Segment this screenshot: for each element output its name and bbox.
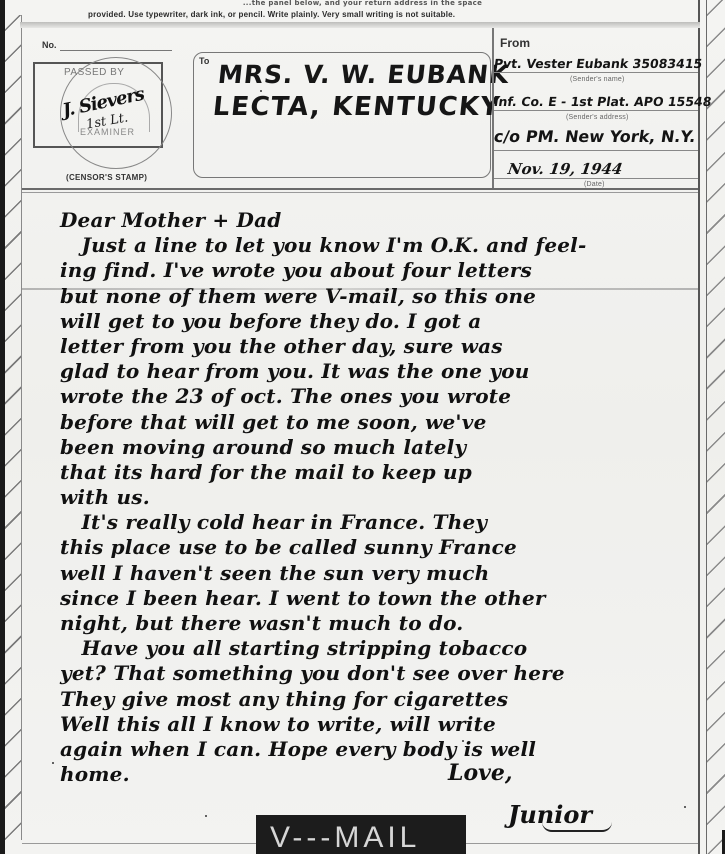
- sender-address-line: [494, 110, 698, 111]
- hatched-margin-right: [706, 0, 725, 854]
- letter-line: Just a line to let you know I'm O.K. and…: [60, 233, 700, 258]
- to-label: To: [199, 56, 209, 66]
- sender-name: Pvt. Vester Eubank 35083415: [493, 56, 703, 71]
- vmail-banner-label: V---MAIL: [270, 821, 420, 854]
- letter-body: Dear Mother + Dad Just a line to let you…: [60, 208, 700, 787]
- letter-line: that its hard for the mail to keep up: [60, 460, 700, 485]
- letter-line: yet? That something you don't see over h…: [60, 661, 700, 686]
- letter-line: well I haven't seen the sun very much: [60, 561, 700, 586]
- from-label: From: [500, 36, 530, 50]
- scan-speck: [462, 740, 464, 742]
- sender-address-2: c/o PM. New York, N.Y.: [493, 127, 697, 146]
- letter-lines: Just a line to let you know I'm O.K. and…: [60, 233, 700, 787]
- vmail-banner: V---MAIL: [256, 815, 466, 854]
- letter-line: since I been hear. I went to town the ot…: [60, 586, 700, 611]
- letter-line: but none of them were V-mail, so this on…: [60, 284, 700, 309]
- censor-passed-by: PASSED BY: [64, 67, 124, 78]
- sender-name-caption: (Sender's name): [570, 76, 625, 83]
- header-divider: [22, 192, 698, 193]
- letter-line: home.: [60, 762, 700, 787]
- number-label: No.: [42, 40, 57, 50]
- date-caption: (Date): [584, 181, 605, 188]
- letter-line: It's really cold hear in France. They: [60, 510, 700, 535]
- letter-date: Nov. 19, 1944: [507, 160, 624, 178]
- sender-address-caption: (Sender's address): [566, 114, 629, 121]
- letter-line: letter from you the other day, sure was: [60, 334, 700, 359]
- scan-speck: [205, 815, 207, 817]
- letter-line: been moving around so much lately: [60, 435, 700, 460]
- letter-line: wrote the 23 of oct. The ones you wrote: [60, 384, 700, 409]
- recipient-address: LECTA, KENTUCKY: [211, 92, 502, 122]
- vmail-letter-page: ...the panel below, and your return addr…: [0, 0, 725, 854]
- letter-closing: Love,: [448, 760, 513, 786]
- salutation: Dear Mother + Dad: [60, 208, 700, 233]
- sender-address-2-line: [494, 150, 698, 151]
- date-line: [494, 178, 698, 179]
- letter-line: with us.: [60, 485, 700, 510]
- letter-line: ing find. I've wrote you about four lett…: [60, 258, 700, 283]
- censor-stamp-caption: (CENSOR'S STAMP): [66, 173, 147, 182]
- letter-line: before that will get to me soon, we've: [60, 410, 700, 435]
- sender-address: Inf. Co. E - 1st Plat. APO 15548: [493, 94, 713, 109]
- letter-line: Well this all I know to write, will writ…: [60, 712, 700, 737]
- letter-line: again when I can. Hope every body is wel…: [60, 737, 700, 762]
- letter-line: will get to you before they do. I got a: [60, 309, 700, 334]
- letter-line: Have you all starting stripping tobacco: [60, 636, 700, 661]
- scan-speck: [52, 762, 54, 764]
- sender-name-line: [494, 72, 698, 73]
- number-field-line: [60, 50, 172, 51]
- form-instructions: provided. Use typewriter, dark ink, or p…: [88, 10, 618, 19]
- recipient-name: MRS. V. W. EUBANK: [216, 60, 511, 89]
- signature-flourish: [542, 822, 612, 832]
- letter-line: glad to hear from you. It was the one yo…: [60, 359, 700, 384]
- scan-speck: [260, 90, 262, 92]
- scan-speck: [684, 806, 686, 808]
- instructions-top-cutoff: ...the panel below, and your return addr…: [0, 0, 725, 10]
- letter-line: this place use to be called sunny France: [60, 535, 700, 560]
- letter-line: night, but there wasn't much to do.: [60, 611, 700, 636]
- hatched-margin-left: [5, 15, 22, 840]
- letter-line: They give most any thing for cigarettes: [60, 687, 700, 712]
